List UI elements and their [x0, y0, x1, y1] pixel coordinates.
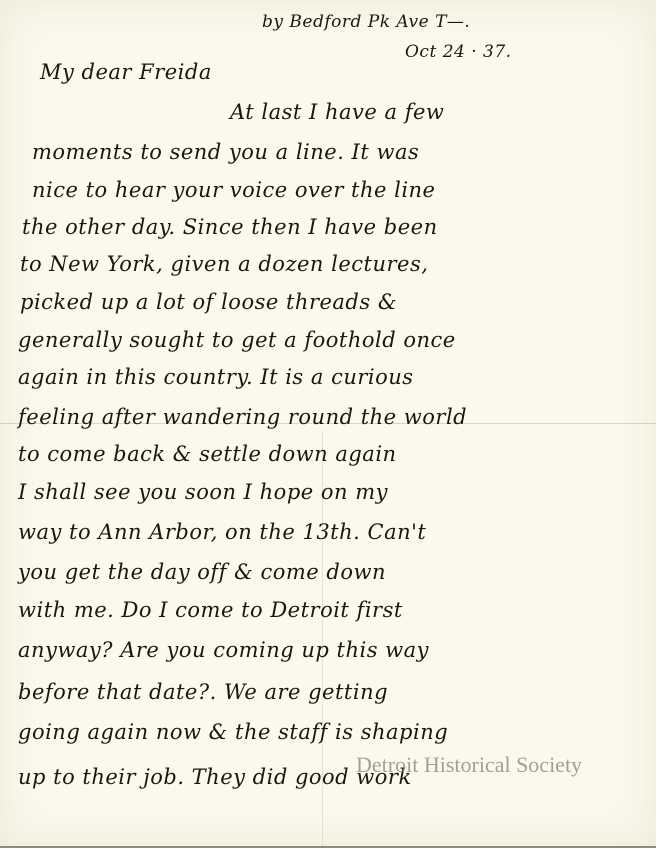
letter-address: by Bedford Pk Ave T—.: [262, 12, 470, 32]
letter-line: nice to hear your voice over the line: [32, 178, 435, 202]
letter-line: the other day. Since then I have been: [22, 215, 438, 239]
watermark: Detroit Historical Society: [356, 752, 582, 778]
letter-line: feeling after wandering round the world: [18, 405, 467, 429]
letter-line: to come back & settle down again: [18, 442, 397, 466]
letter-line: to New York, given a dozen lectures,: [20, 252, 428, 276]
letter-line: anyway? Are you coming up this way: [18, 638, 429, 662]
letter-line: At last I have a few: [230, 100, 444, 124]
letter-line: before that date?. We are getting: [18, 680, 388, 704]
letter-salutation: My dear Freida: [40, 60, 212, 84]
letter-line: up to their job. They did good work: [18, 765, 412, 789]
letter-line: moments to send you a line. It was: [32, 140, 419, 164]
letter-line: generally sought to get a foothold once: [18, 328, 456, 352]
letter-line: picked up a lot of loose threads &: [20, 290, 397, 314]
letter-page: by Bedford Pk Ave T—. Oct 24 · 37. My de…: [0, 0, 656, 848]
letter-line: way to Ann Arbor, on the 13th. Can't: [18, 520, 426, 544]
letter-date: Oct 24 · 37.: [405, 42, 512, 62]
letter-line: with me. Do I come to Detroit first: [18, 598, 403, 622]
letter-line: again in this country. It is a curious: [18, 365, 414, 389]
letter-line: going again now & the staff is shaping: [18, 720, 448, 744]
letter-line: you get the day off & come down: [18, 560, 386, 584]
letter-line: I shall see you soon I hope on my: [18, 480, 388, 504]
